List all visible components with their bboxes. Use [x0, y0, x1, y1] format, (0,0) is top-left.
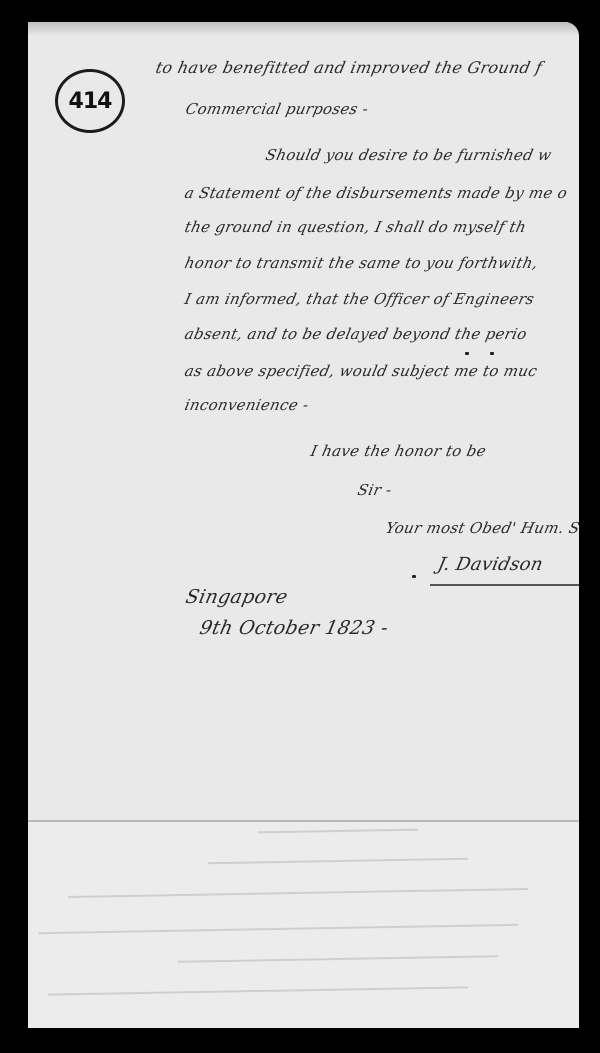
bleed-through-mark — [48, 986, 468, 995]
bleed-through-mark — [68, 888, 528, 898]
place: Singapore — [184, 586, 290, 608]
ink-dot — [465, 352, 469, 355]
date: 9th October 1823 - — [198, 617, 391, 639]
body-line-10: inconvenience - — [183, 396, 310, 414]
bleed-through-mark — [258, 829, 418, 834]
bleed-through-mark — [178, 955, 498, 963]
bleed-through-mark — [208, 858, 468, 865]
page-top-edge-shading — [28, 22, 579, 36]
ink-dot — [490, 352, 494, 355]
body-line-9: as above specified, would subject me to … — [183, 362, 539, 380]
signature-underline — [430, 584, 579, 586]
bleed-through-mark — [38, 924, 518, 934]
lower-sheet-bleedthrough — [28, 822, 579, 1028]
letter-page: 414 to have benefitted and improved the … — [28, 22, 579, 1028]
body-line-4: a Statement of the disbursements made by… — [183, 184, 569, 202]
body-line-7: I am informed, that the Officer of Engin… — [183, 290, 536, 308]
body-line-5: the ground in question, I shall do mysel… — [183, 218, 528, 236]
ink-dot — [412, 575, 416, 578]
body-line-1: to have benefitted and improved the Grou… — [154, 58, 544, 77]
closing-salutation: Sir - — [356, 481, 393, 499]
body-line-2: Commercial purposes - — [184, 100, 370, 118]
folio-number-circled: 414 — [55, 69, 125, 133]
closing-honor-line: I have the honor to be — [309, 442, 488, 460]
body-line-3: Should you desire to be furnished w — [264, 146, 553, 164]
closing-servant-line: Your most Obed' Hum. Ser — [384, 519, 579, 537]
body-line-6: honor to transmit the same to you forthw… — [183, 254, 540, 272]
body-line-8: absent, and to be delayed beyond the per… — [183, 325, 529, 343]
signature: J. Davidson — [436, 554, 545, 575]
